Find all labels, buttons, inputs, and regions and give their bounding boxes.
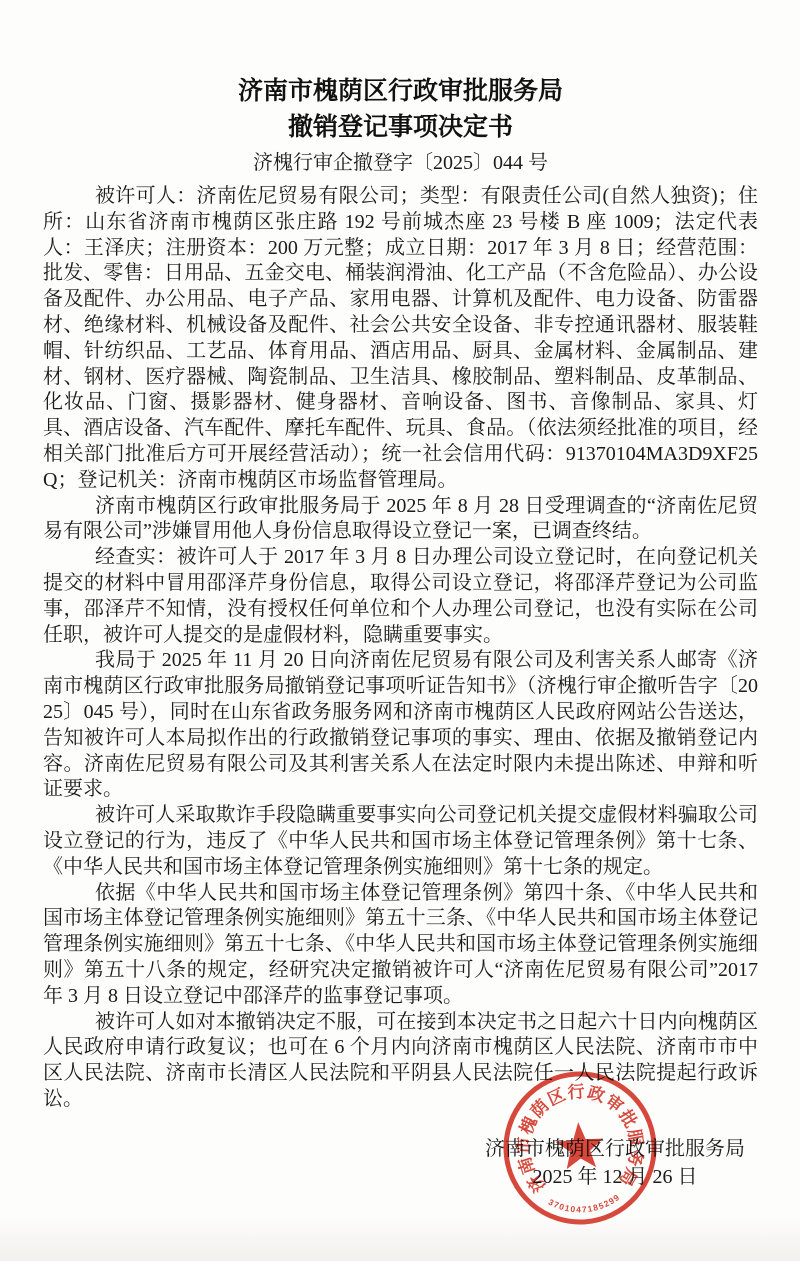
document-header: 济南市槐荫区行政审批服务局 撤销登记事项决定书 济槐行审企撤登字〔2025〕04… (43, 74, 758, 178)
page-title: 济南市槐荫区行政审批服务局 (43, 74, 758, 110)
document-body: 被许可人：济南佐尼贸易有限公司；类型：有限责任公司(自然人独资)；住所：山东省济… (43, 184, 758, 1113)
svg-text:4: 4 (576, 1204, 581, 1214)
svg-text:服: 服 (624, 1128, 646, 1149)
paragraph-findings: 经查实：被许可人于 2017 年 3 月 8 日办理公司设立登记时，在向登记机关… (43, 545, 758, 648)
scan-noise (0, 1215, 800, 1261)
paragraph-violation: 被许可人采取欺诈手段隐瞒重要事实向公司登记机关提交虚假材料骗取公司设立登记的行为… (43, 803, 758, 880)
svg-text:市: 市 (513, 1136, 534, 1154)
svg-text:务: 务 (624, 1148, 647, 1168)
svg-text:局: 局 (615, 1165, 640, 1189)
paragraph-case-acceptance: 济南市槐荫区行政审批服务局于 2025 年 8 月 28 日受理调查的“济南佐尼… (43, 494, 758, 546)
doc-number: 济槐行审企撤登字〔2025〕044 号 (43, 148, 758, 178)
paragraph-licensee-info: 被许可人：济南佐尼贸易有限公司；类型：有限责任公司(自然人独资)；住所：山东省济… (43, 184, 758, 494)
paragraph-hearing-notification: 我局于 2025 年 11 月 20 日向济南佐尼贸易有限公司及利害关系人邮寄《… (43, 648, 758, 803)
document-page: 济南市槐荫区行政审批服务局 撤销登记事项决定书 济槐行审企撤登字〔2025〕04… (0, 0, 800, 1261)
seal-star-icon (554, 1120, 605, 1169)
official-seal: 济南市槐荫区行政审批服务局3701047185299 (488, 1056, 672, 1240)
paragraph-revocation-decision: 依据《中华人民共和国市场主体登记管理条例》第四十条、《中华人民共和国市场主体登记… (43, 881, 758, 1010)
doc-title: 撤销登记事项决定书 (43, 110, 758, 146)
svg-text:行: 行 (567, 1081, 585, 1102)
svg-text:南: 南 (514, 1154, 538, 1176)
